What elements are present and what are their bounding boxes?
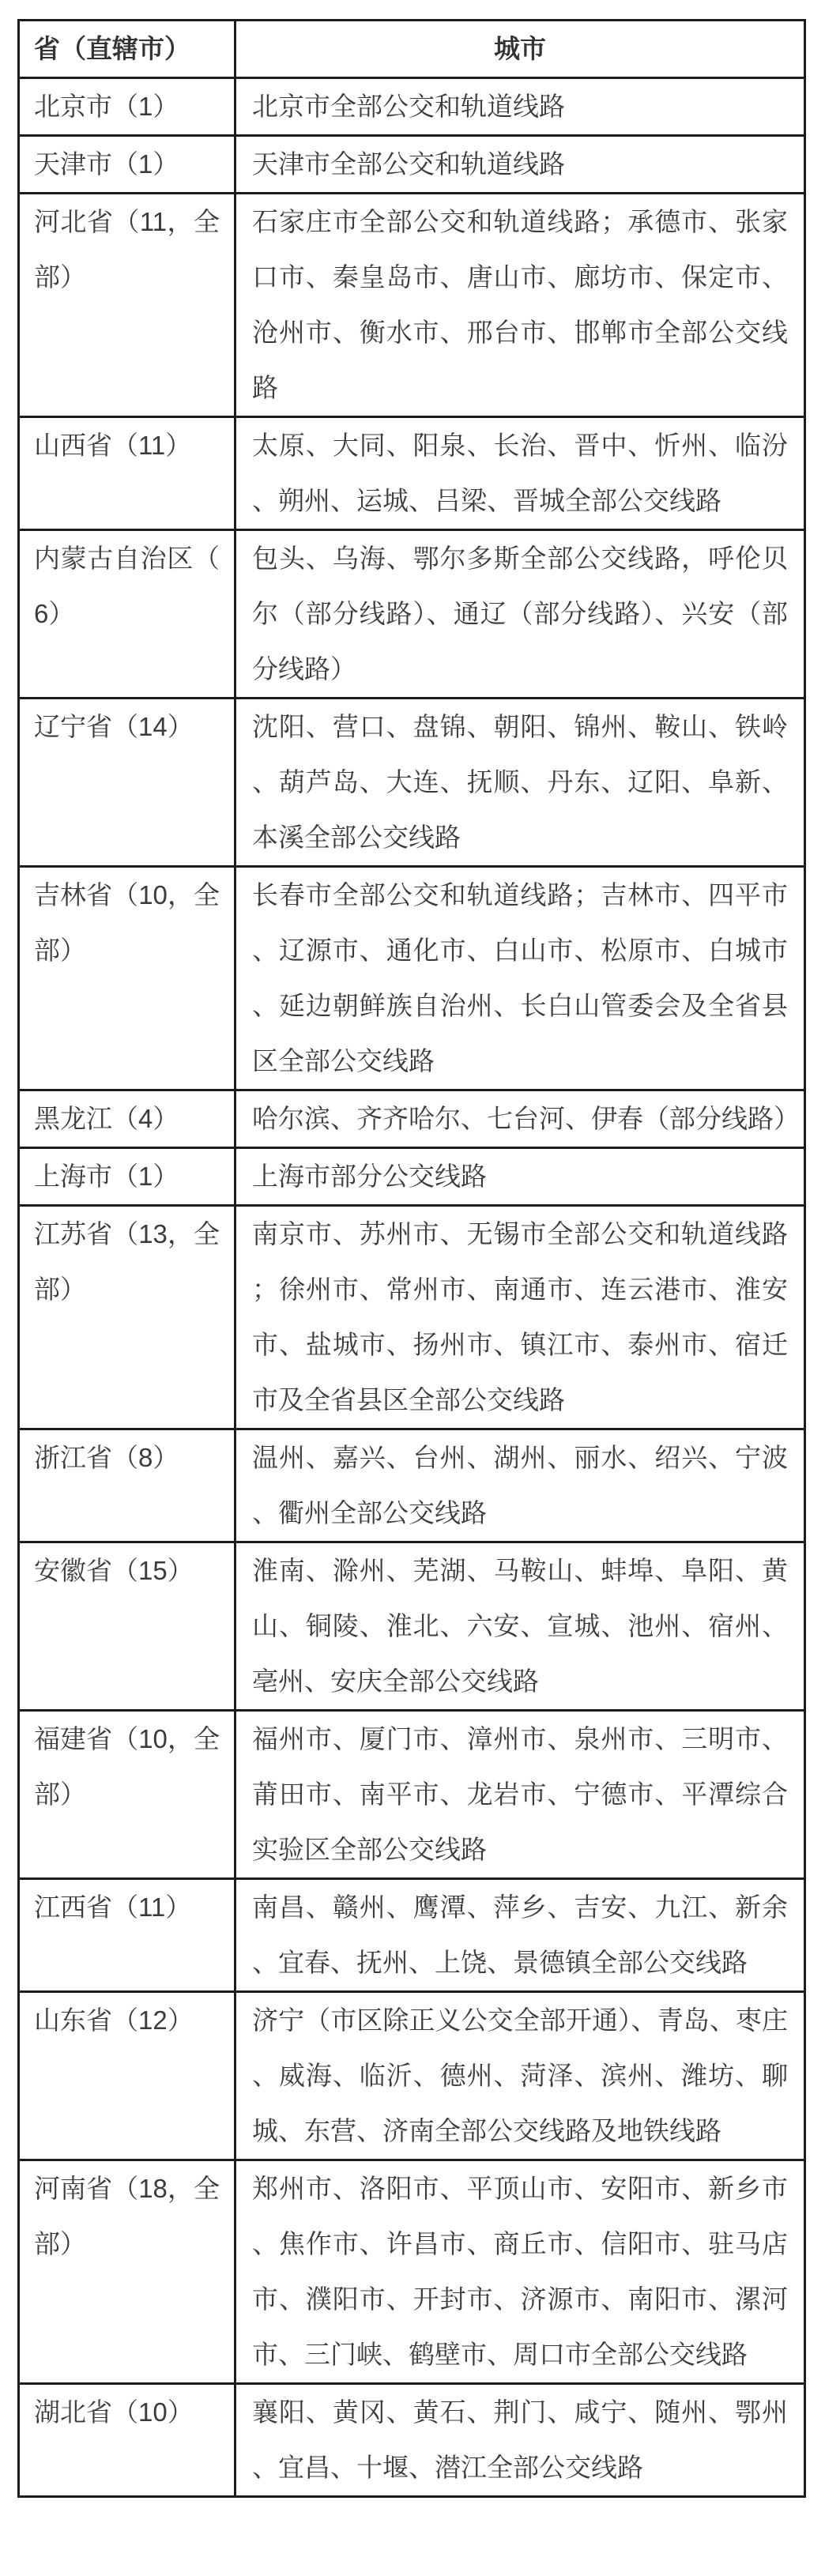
cities-cell: 石家庄市全部公交和轨道线路；承德市、张家口市、秦皇岛市、唐山市、廊坊市、保定市、…: [235, 194, 805, 417]
table-row: 山东省（12）济宁（市区除正义公交全部开通）、青岛、枣庄、威海、临沂、德州、菏泽…: [19, 1992, 805, 2160]
province-cell: 山东省（12）: [19, 1992, 235, 2160]
table-row: 湖北省（10）襄阳、黄冈、黄石、荆门、咸宁、随州、鄂州、宜昌、十堰、潜江全部公交…: [19, 2384, 805, 2497]
province-cell: 上海市（1）: [19, 1148, 235, 1206]
cities-cell: 济宁（市区除正义公交全部开通）、青岛、枣庄、威海、临沂、德州、菏泽、滨州、潍坊、…: [235, 1992, 805, 2160]
province-cell: 江苏省（13，全部）: [19, 1206, 235, 1429]
cities-cell: 沈阳、营口、盘锦、朝阳、锦州、鞍山、铁岭、葫芦岛、大连、抚顺、丹东、辽阳、阜新、…: [235, 699, 805, 867]
cities-cell: 包头、乌海、鄂尔多斯全部公交线路，呼伦贝尔（部分线路）、通辽（部分线路）、兴安（…: [235, 530, 805, 699]
page: 省（直辖市） 城市 北京市（1）北京市全部公交和轨道线路天津市（1）天津市全部公…: [0, 0, 825, 2576]
province-cell: 内蒙古自治区（6）: [19, 530, 235, 699]
province-cell: 黑龙江（4）: [19, 1090, 235, 1148]
table-row: 江西省（11）南昌、赣州、鹰潭、萍乡、吉安、九江、新余、宜春、抚州、上饶、景德镇…: [19, 1879, 805, 1992]
cities-cell: 哈尔滨、齐齐哈尔、七台河、伊春（部分线路）: [235, 1090, 805, 1148]
province-cell: 湖北省（10）: [19, 2384, 235, 2497]
province-cell: 辽宁省（14）: [19, 699, 235, 867]
province-cell: 江西省（11）: [19, 1879, 235, 1992]
cities-cell: 福州市、厦门市、漳州市、泉州市、三明市、莆田市、南平市、龙岩市、宁德市、平潭综合…: [235, 1711, 805, 1879]
table-row: 河北省（11，全部）石家庄市全部公交和轨道线路；承德市、张家口市、秦皇岛市、唐山…: [19, 194, 805, 417]
province-cell: 河北省（11，全部）: [19, 194, 235, 417]
table-row: 北京市（1）北京市全部公交和轨道线路: [19, 78, 805, 136]
province-cell: 山西省（11）: [19, 417, 235, 530]
cities-cell: 淮南、滁州、芜湖、马鞍山、蚌埠、阜阳、黄山、铜陵、淮北、六安、宣城、池州、宿州、…: [235, 1542, 805, 1711]
table-row: 河南省（18，全部）郑州市、洛阳市、平顶山市、安阳市、新乡市、焦作市、许昌市、商…: [19, 2160, 805, 2384]
cities-cell: 上海市部分公交线路: [235, 1148, 805, 1206]
table-row: 浙江省（8）温州、嘉兴、台州、湖州、丽水、绍兴、宁波、衢州全部公交线路: [19, 1429, 805, 1542]
cities-cell: 南昌、赣州、鹰潭、萍乡、吉安、九江、新余、宜春、抚州、上饶、景德镇全部公交线路: [235, 1879, 805, 1992]
table-row: 辽宁省（14）沈阳、营口、盘锦、朝阳、锦州、鞍山、铁岭、葫芦岛、大连、抚顺、丹东…: [19, 699, 805, 867]
table-body: 北京市（1）北京市全部公交和轨道线路天津市（1）天津市全部公交和轨道线路河北省（…: [19, 78, 805, 2497]
table-row: 天津市（1）天津市全部公交和轨道线路: [19, 136, 805, 194]
cities-cell: 南京市、苏州市、无锡市全部公交和轨道线路；徐州市、常州市、南通市、连云港市、淮安…: [235, 1206, 805, 1429]
cities-cell: 长春市全部公交和轨道线路；吉林市、四平市、辽源市、通化市、白山市、松原市、白城市…: [235, 867, 805, 1090]
column-header-cities: 城市: [235, 21, 805, 78]
cities-cell: 温州、嘉兴、台州、湖州、丽水、绍兴、宁波、衢州全部公交线路: [235, 1429, 805, 1542]
province-cell: 河南省（18，全部）: [19, 2160, 235, 2384]
province-cell: 浙江省（8）: [19, 1429, 235, 1542]
cities-cell: 太原、大同、阳泉、长治、晋中、忻州、临汾、朔州、运城、吕梁、晋城全部公交线路: [235, 417, 805, 530]
cities-cell: 天津市全部公交和轨道线路: [235, 136, 805, 194]
province-cell: 安徽省（15）: [19, 1542, 235, 1711]
province-cell: 福建省（10，全部）: [19, 1711, 235, 1879]
province-cell: 吉林省（10，全部）: [19, 867, 235, 1090]
cities-cell: 北京市全部公交和轨道线路: [235, 78, 805, 136]
transit-coverage-table: 省（直辖市） 城市 北京市（1）北京市全部公交和轨道线路天津市（1）天津市全部公…: [17, 19, 806, 2498]
table-row: 内蒙古自治区（6）包头、乌海、鄂尔多斯全部公交线路，呼伦贝尔（部分线路）、通辽（…: [19, 530, 805, 699]
cities-cell: 襄阳、黄冈、黄石、荆门、咸宁、随州、鄂州、宜昌、十堰、潜江全部公交线路: [235, 2384, 805, 2497]
column-header-province: 省（直辖市）: [19, 21, 235, 78]
cities-cell: 郑州市、洛阳市、平顶山市、安阳市、新乡市、焦作市、许昌市、商丘市、信阳市、驻马店…: [235, 2160, 805, 2384]
table-row: 山西省（11）太原、大同、阳泉、长治、晋中、忻州、临汾、朔州、运城、吕梁、晋城全…: [19, 417, 805, 530]
table-row: 江苏省（13，全部）南京市、苏州市、无锡市全部公交和轨道线路；徐州市、常州市、南…: [19, 1206, 805, 1429]
header-row: 省（直辖市） 城市: [19, 21, 805, 78]
table-row: 安徽省（15）淮南、滁州、芜湖、马鞍山、蚌埠、阜阳、黄山、铜陵、淮北、六安、宣城…: [19, 1542, 805, 1711]
province-cell: 北京市（1）: [19, 78, 235, 136]
table-row: 黑龙江（4）哈尔滨、齐齐哈尔、七台河、伊春（部分线路）: [19, 1090, 805, 1148]
table-row: 吉林省（10，全部）长春市全部公交和轨道线路；吉林市、四平市、辽源市、通化市、白…: [19, 867, 805, 1090]
table-row: 上海市（1）上海市部分公交线路: [19, 1148, 805, 1206]
table-row: 福建省（10，全部）福州市、厦门市、漳州市、泉州市、三明市、莆田市、南平市、龙岩…: [19, 1711, 805, 1879]
province-cell: 天津市（1）: [19, 136, 235, 194]
